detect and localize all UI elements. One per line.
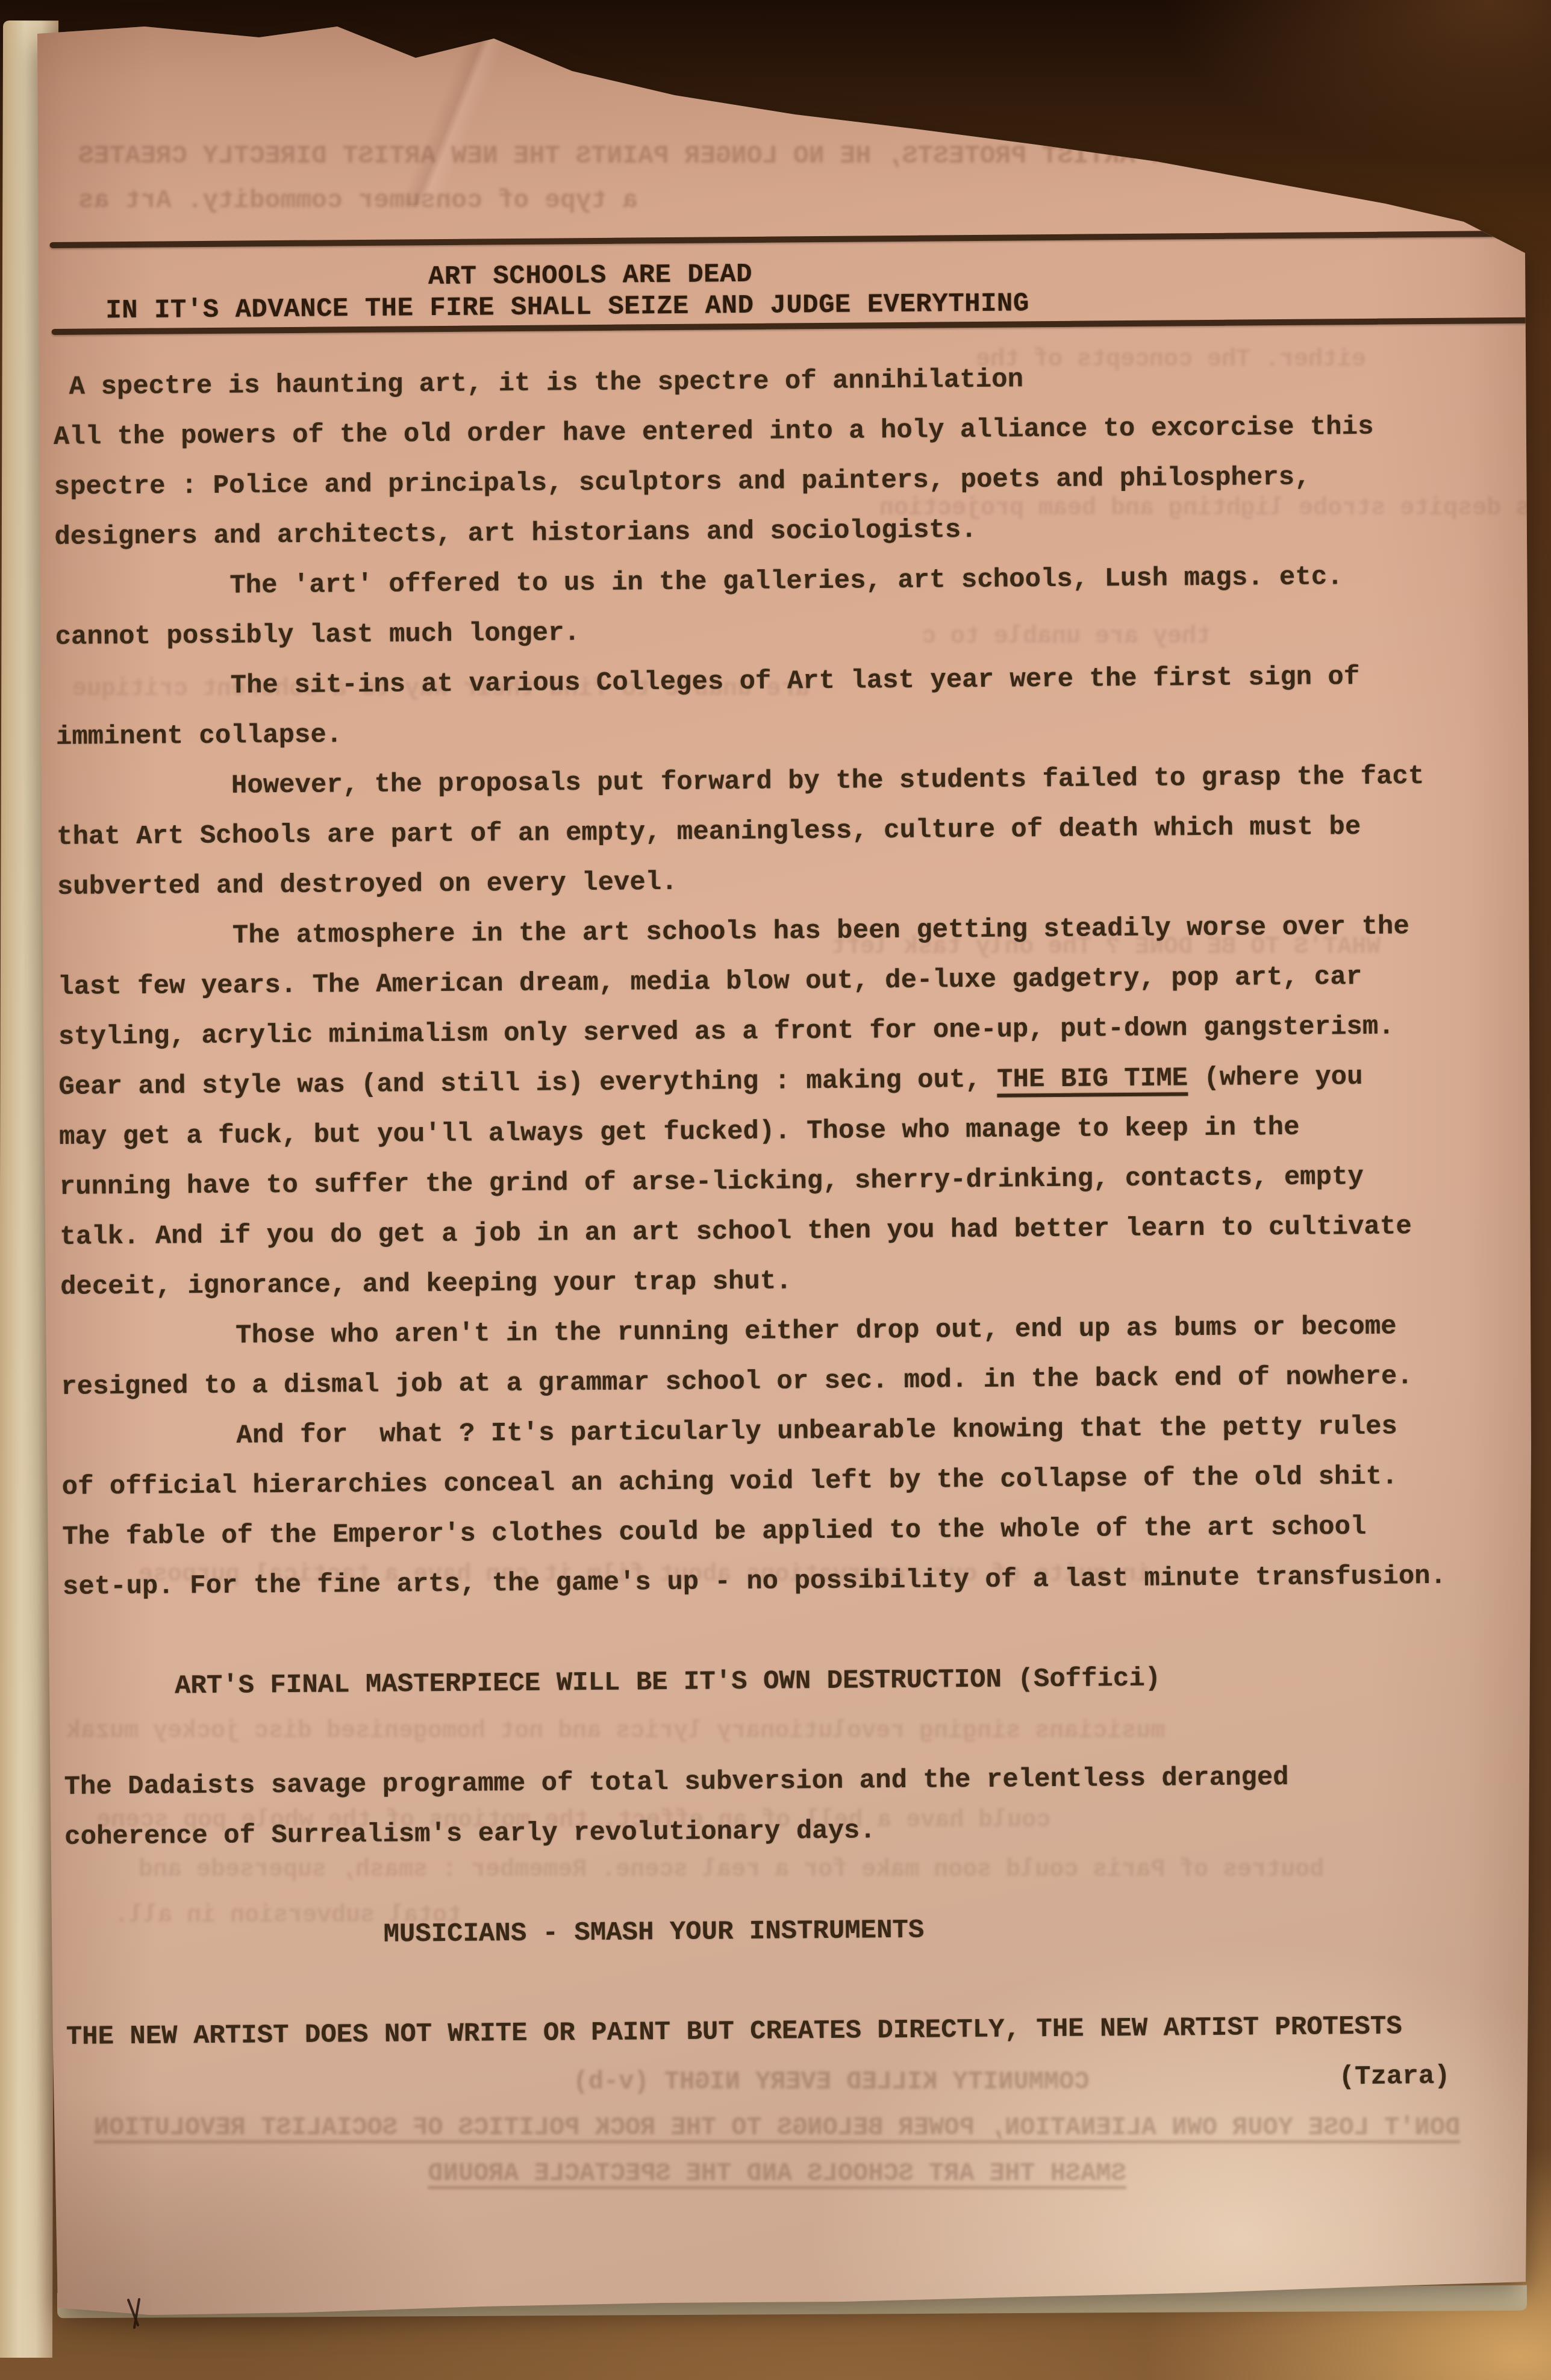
pen-mark xyxy=(123,2297,151,2329)
typed-body: A spectre is haunting art, it is the spe… xyxy=(53,352,1450,2113)
text-segment: (where you xyxy=(1188,1062,1363,1093)
paper-sheet: THE NEW ARTIST PROTESTS, HE NO LONGER PA… xyxy=(0,0,1551,2380)
bleedthrough-line: COMMUNITY KILLED EVERY NIGHT (v-b) xyxy=(57,2059,1497,2105)
horizontal-rule-top xyxy=(49,231,1526,248)
bleedthrough-line: DON'T LOSE YOUR OWN ALIENATION, POWER BE… xyxy=(57,2105,1497,2150)
bleedthrough-bottom: COMMUNITY KILLED EVERY NIGHT (v-b)DON'T … xyxy=(57,2059,1497,2196)
paper-shadow: THE NEW ARTIST PROTESTS, HE NO LONGER PA… xyxy=(0,0,1551,2380)
underlined-text: THE BIG TIME xyxy=(997,1063,1188,1095)
photo-of-page: { "document": { "title_lines": [ "ART SC… xyxy=(0,0,1551,2380)
page-title: ART SCHOOLS ARE DEAD xyxy=(428,260,752,292)
text-segment: Gear and style was (and still is) everyt… xyxy=(58,1065,997,1102)
bleedthrough-line: SMASH THE ART SCHOOLS AND THE SPECTACLE … xyxy=(57,2150,1497,2196)
typed-content: ART SCHOOLS ARE DEAD IN IT'S ADVANCE THE… xyxy=(0,0,1551,2380)
page-subtitle: IN IT'S ADVANCE THE FIRE SHALL SEIZE AND… xyxy=(105,289,1029,326)
